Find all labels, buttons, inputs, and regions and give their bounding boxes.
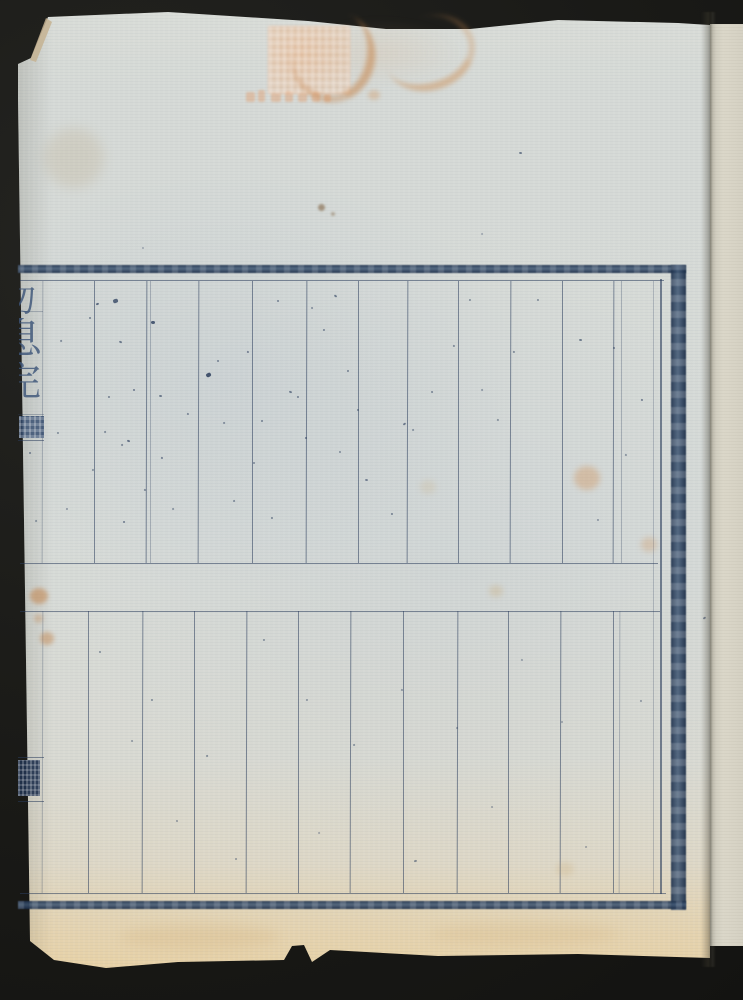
partial-character: 息 <box>19 318 42 360</box>
spine-glyph-fragment: 息 <box>19 318 45 366</box>
ink-speck <box>561 721 563 723</box>
paper-stain <box>368 90 380 100</box>
section-rule-line <box>20 611 660 612</box>
ink-speck <box>537 299 539 301</box>
scanned-book-page: 勿息完 <box>0 0 743 1000</box>
seal-residue-mark <box>258 90 265 102</box>
ink-speck <box>640 700 642 702</box>
inner-border-right <box>660 279 662 894</box>
ink-speck <box>235 858 237 860</box>
ink-speck <box>123 521 125 523</box>
column-rule-line <box>621 281 622 563</box>
printed-border-top <box>18 265 686 273</box>
spine-glyph-fragment: 完 <box>19 362 44 408</box>
spine-rule-line <box>18 440 44 441</box>
ink-speck <box>297 396 299 398</box>
spine-rule-line <box>18 757 44 758</box>
paper-stain <box>430 922 620 946</box>
section-rule-line <box>20 893 666 894</box>
ink-speck <box>323 329 325 331</box>
partial-character: 勿 <box>19 283 36 317</box>
ink-speck <box>176 820 178 822</box>
ink-speck <box>151 321 155 324</box>
ink-speck <box>57 432 59 434</box>
paper-stain <box>574 466 600 490</box>
paper-stain <box>120 924 280 950</box>
ink-speck <box>29 452 31 454</box>
ink-speck <box>357 409 359 411</box>
seal-residue-mark <box>246 92 255 102</box>
paper-stain <box>420 480 436 494</box>
paper-stain <box>318 204 325 211</box>
column-rule-line <box>562 281 563 563</box>
spine-rule-line <box>18 801 44 802</box>
partial-character: 完 <box>19 362 41 402</box>
paper-stain <box>34 614 43 623</box>
paper-stain <box>331 212 335 216</box>
column-rule-line <box>94 281 95 563</box>
column-rule-line <box>458 281 459 563</box>
paper-stain <box>44 128 104 188</box>
ink-speck <box>339 451 341 453</box>
paper-stain <box>40 632 54 645</box>
ink-speck <box>261 420 263 422</box>
column-rule-line <box>252 281 253 563</box>
column-rule-line <box>194 611 195 893</box>
paper-stain <box>30 588 48 604</box>
ink-speck <box>92 469 94 471</box>
column-rule-line <box>358 281 359 563</box>
section-rule-line <box>20 280 664 281</box>
section-rule-line <box>20 563 658 564</box>
spine-ink-block <box>19 416 44 438</box>
paper-stain <box>489 585 503 597</box>
spine-ink-block <box>18 760 40 796</box>
ink-speck <box>263 639 265 641</box>
ink-speck <box>347 370 349 372</box>
inner-border-right-faint <box>653 281 654 893</box>
printed-border-right <box>671 265 686 910</box>
ink-speck <box>306 699 308 701</box>
seal-residue-mark <box>271 93 281 102</box>
column-rule-line <box>613 611 614 893</box>
column-rule-line <box>508 611 509 893</box>
ink-speck <box>108 396 110 398</box>
ink-speck <box>253 462 255 464</box>
ink-speck <box>142 247 144 249</box>
ink-speck <box>144 489 146 491</box>
paper-stain <box>556 862 574 876</box>
printed-border-bottom <box>18 901 686 909</box>
ink-speck <box>469 299 471 301</box>
ink-speck <box>151 699 153 701</box>
ink-speck <box>99 651 101 653</box>
paper-stain <box>641 537 657 552</box>
column-rule-line <box>88 611 89 893</box>
ink-speck <box>305 437 307 439</box>
ink-speck <box>613 347 615 349</box>
column-rule-line <box>298 611 299 893</box>
ink-speck <box>597 519 599 521</box>
ink-speck <box>391 513 393 515</box>
book-page-leaf <box>18 12 710 969</box>
ink-speck <box>66 508 68 510</box>
ink-speck <box>133 389 135 391</box>
column-rule-line <box>403 611 404 893</box>
ink-speck <box>89 317 91 319</box>
ink-speck <box>271 517 273 519</box>
spine-glyph-fragment: 勿 <box>19 283 40 323</box>
page-fold-crease <box>701 12 716 967</box>
seal-residue-mark <box>298 93 307 102</box>
